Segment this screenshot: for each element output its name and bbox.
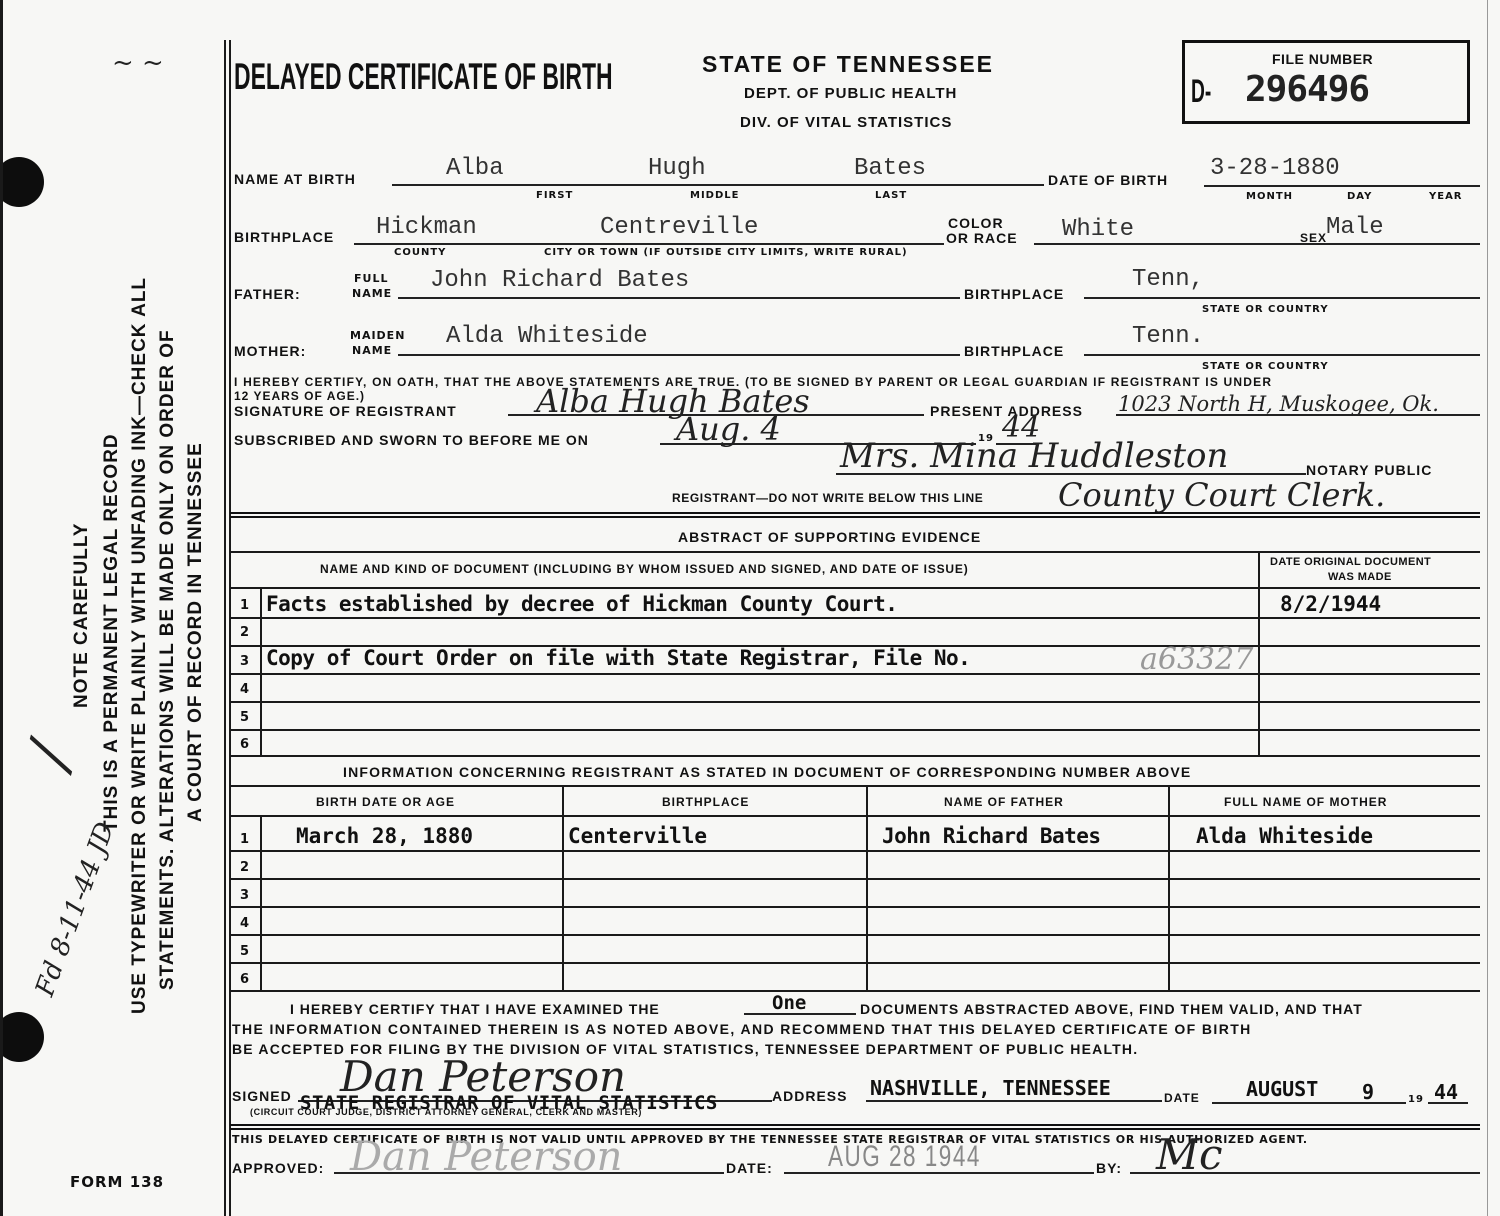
present-address-value: 1023 North H, Muskogee, Ok.	[1118, 392, 1439, 416]
mother-label: MOTHER:	[234, 343, 306, 359]
row-number: 2	[240, 625, 249, 640]
sex-underline	[1330, 243, 1480, 245]
row-divider	[230, 755, 1480, 757]
state-name: STATE OF TENNESSEE	[702, 51, 994, 78]
approval-date-stamp: AUG 28 1944	[828, 1140, 981, 1174]
city-value: Centreville	[600, 214, 758, 241]
mother-maiden-label: MAIDEN	[350, 329, 405, 342]
do-not-write-divider	[230, 512, 1480, 518]
permanent-record-note: THIS IS A PERMANENT LEGAL RECORD	[101, 433, 123, 832]
sex-value: Male	[1326, 214, 1384, 241]
first-label: FIRST	[536, 190, 573, 201]
row-divider	[230, 701, 1480, 703]
notary-signature: Mrs. Mina Huddleston	[840, 436, 1228, 476]
file-no-note: a63327	[1140, 642, 1253, 677]
abstract-col-date-1: DATE ORIGINAL DOCUMENT	[1270, 556, 1431, 568]
file-number: 296496	[1245, 69, 1369, 110]
approved-label: APPROVED:	[232, 1160, 324, 1176]
row-divider	[230, 962, 1480, 964]
row-number: 2	[240, 860, 249, 875]
row-divider	[230, 729, 1480, 731]
mother-name-value: Alda Whiteside	[446, 323, 648, 350]
form-left-border-inner	[229, 40, 231, 1216]
cert-text-1b: DOCUMENTS ABSTRACTED ABOVE, FIND THEM VA…	[860, 1001, 1363, 1017]
month-label: MONTH	[1246, 191, 1293, 202]
mother-name-underline	[398, 354, 960, 356]
margin-notation: Fd 8-11-44 JD	[30, 818, 121, 1000]
row-divider	[230, 673, 1480, 675]
alterations-note: STATEMENTS. ALTERATIONS WILL BE MADE ONL…	[157, 329, 179, 990]
father-birthplace-label: BIRTHPLACE	[964, 286, 1064, 302]
father-label: FATHER:	[234, 286, 301, 302]
abstract-header-bottom	[230, 587, 1480, 589]
row-number: 4	[240, 916, 249, 931]
father-name-underline	[398, 297, 960, 299]
cert-date-year: 44	[1434, 1080, 1458, 1104]
mother-name-label: NAME	[352, 344, 392, 357]
division-name: DIV. OF VITAL STATISTICS	[740, 114, 952, 131]
file-number-label: FILE NUMBER	[1272, 51, 1373, 67]
mother-cell: Alda Whiteside	[1196, 824, 1373, 848]
mother-birthplace-value: Tenn.	[1132, 323, 1204, 350]
by-initials: Mc	[1156, 1130, 1223, 1179]
cert-date-label: DATE	[1164, 1091, 1200, 1105]
county-label: COUNTY	[394, 247, 446, 258]
row-number: 1	[240, 832, 249, 847]
father-full-label: FULL	[354, 272, 388, 285]
middle-name-value: Hugh	[648, 155, 706, 182]
info-header-bottom	[230, 815, 1480, 817]
note-carefully: NOTE CAREFULLY	[71, 523, 93, 708]
court-of-record-note: A COURT OF RECORD IN TENNESSEE	[185, 442, 207, 822]
county-value: Hickman	[376, 214, 477, 241]
mother-state-label: STATE OR COUNTRY	[1202, 361, 1329, 372]
mother-birthplace-label: BIRTHPLACE	[964, 343, 1064, 359]
document-cell: Copy of Court Order on file with State R…	[266, 646, 970, 670]
abstract-header-top	[230, 551, 1480, 553]
approval-date-label: DATE:	[726, 1160, 773, 1176]
documents-count: One	[772, 992, 806, 1014]
sex-label: SEX	[1300, 231, 1327, 245]
color-label-1: COLOR	[948, 215, 1004, 231]
cert-address-label: ADDRESS	[772, 1088, 847, 1104]
birthplace-cell: Centerville	[568, 824, 707, 848]
father-state-label: STATE OR COUNTRY	[1202, 304, 1329, 315]
row-number: 6	[240, 972, 249, 987]
abstract-date-divider	[1258, 551, 1260, 755]
birthplace-underline	[354, 243, 944, 245]
color-underline	[1034, 243, 1330, 245]
cert-text-1a: I HEREBY CERTIFY THAT I HAVE EXAMINED TH…	[290, 1001, 660, 1017]
father-cell: John Richard Bates	[882, 824, 1101, 848]
cert-address-underline	[866, 1100, 1162, 1102]
do-not-write-label: REGISTRANT—DO NOT WRITE BELOW THIS LINE	[672, 491, 983, 505]
father-birthplace-underline	[1084, 297, 1480, 299]
cert-date-day: 9	[1362, 1080, 1374, 1104]
info-col-mother: FULL NAME OF MOTHER	[1224, 795, 1387, 809]
day-label: DAY	[1347, 191, 1372, 202]
info-col-father: NAME OF FATHER	[944, 795, 1064, 809]
dob-underline	[1204, 185, 1480, 187]
cert-address-value: NASHVILLE, TENNESSEE	[870, 1076, 1111, 1100]
mother-birthplace-underline	[1084, 354, 1480, 356]
department-name: DEPT. OF PUBLIC HEALTH	[744, 85, 957, 102]
by-label: BY:	[1096, 1160, 1122, 1176]
row-number: 6	[240, 737, 249, 752]
birth-date-cell: March 28, 1880	[296, 824, 473, 848]
row-number: 5	[240, 710, 249, 725]
date-of-birth-value: 3-28-1880	[1210, 155, 1340, 182]
notary-title: County Court Clerk.	[1058, 476, 1385, 514]
cert-date-month: AUGUST	[1246, 1077, 1318, 1101]
last-name-value: Bates	[854, 155, 926, 182]
punch-hole-bottom	[0, 1012, 44, 1062]
signer-options: (CIRCUIT COURT JUDGE, DISTRICT ATTORNEY …	[250, 1107, 642, 1117]
info-col-birthplace: BIRTHPLACE	[662, 795, 749, 809]
name-at-birth-label: NAME AT BIRTH	[234, 171, 356, 187]
abstract-col-date-2: WAS MADE	[1328, 571, 1392, 583]
first-name-value: Alba	[446, 155, 504, 182]
row-divider	[230, 878, 1480, 880]
info-num-divider	[260, 815, 262, 991]
city-label: CITY OR TOWN (IF OUTSIDE CITY LIMITS, WR…	[544, 247, 908, 258]
color-label-2: OR RACE	[946, 230, 1018, 246]
color-value: White	[1062, 216, 1134, 243]
middle-label: MIDDLE	[690, 190, 739, 201]
top-margin-mark: ~ ~	[112, 48, 164, 78]
father-name-label: NAME	[352, 287, 392, 300]
sworn-date: Aug. 4	[676, 410, 781, 448]
margin-checkmark: /	[14, 736, 87, 774]
row-number: 3	[240, 888, 249, 903]
row-divider	[230, 934, 1480, 936]
row-number: 1	[240, 598, 249, 613]
info-col-birth: BIRTH DATE OR AGE	[316, 795, 455, 809]
sworn-label: SUBSCRIBED AND SWORN TO BEFORE ME ON	[234, 432, 589, 448]
birthplace-label: BIRTHPLACE	[234, 229, 334, 245]
row-divider	[230, 850, 1480, 852]
certificate-title: DELAYED CERTIFICATE OF BIRTH	[234, 56, 613, 98]
name-underline	[392, 184, 1044, 186]
registrant-signature-label: SIGNATURE OF REGISTRANT	[234, 403, 457, 419]
father-name-value: John Richard Bates	[430, 267, 689, 294]
year-label: YEAR	[1429, 191, 1463, 202]
typewriter-note: USE TYPEWRITER OR WRITE PLAINLY WITH UNF…	[129, 277, 151, 1014]
father-birthplace-value: Tenn,	[1132, 266, 1204, 293]
abstract-col-document: NAME AND KIND OF DOCUMENT (INCLUDING BY …	[320, 562, 969, 576]
last-label: LAST	[875, 190, 907, 201]
form-right-border	[1487, 0, 1488, 1216]
info-header-top	[230, 785, 1480, 787]
row-number: 4	[240, 682, 249, 697]
row-number: 3	[240, 654, 249, 669]
row-divider	[230, 906, 1480, 908]
date-cell: 8/2/1944	[1280, 592, 1381, 616]
info-title: INFORMATION CONCERNING REGISTRANT AS STA…	[343, 764, 1191, 780]
file-prefix: D-	[1191, 73, 1211, 110]
cert-text-2: THE INFORMATION CONTAINED THEREIN IS AS …	[232, 1021, 1252, 1037]
document-cell: Facts established by decree of Hickman C…	[266, 592, 897, 616]
row-divider	[230, 990, 1480, 992]
cert-date-underline	[1212, 1102, 1406, 1104]
signed-label: SIGNED	[232, 1088, 292, 1104]
file-number-box: FILE NUMBER D- 296496	[1182, 40, 1470, 124]
approved-signature: Dan Peterson	[350, 1134, 622, 1180]
cert-year-prefix: 19	[1408, 1094, 1424, 1105]
abstract-title: ABSTRACT OF SUPPORTING EVIDENCE	[678, 529, 981, 545]
form-number: FORM 138	[70, 1173, 164, 1191]
punch-hole-top	[0, 157, 44, 207]
approval-divider	[230, 1124, 1480, 1130]
oath-text-2: 12 YEARS OF AGE.)	[234, 389, 365, 403]
date-of-birth-label: DATE OF BIRTH	[1048, 172, 1168, 188]
left-binding-edge	[0, 0, 3, 1216]
form-left-border	[224, 40, 226, 1216]
row-divider	[230, 617, 1480, 619]
row-number: 5	[240, 944, 249, 959]
